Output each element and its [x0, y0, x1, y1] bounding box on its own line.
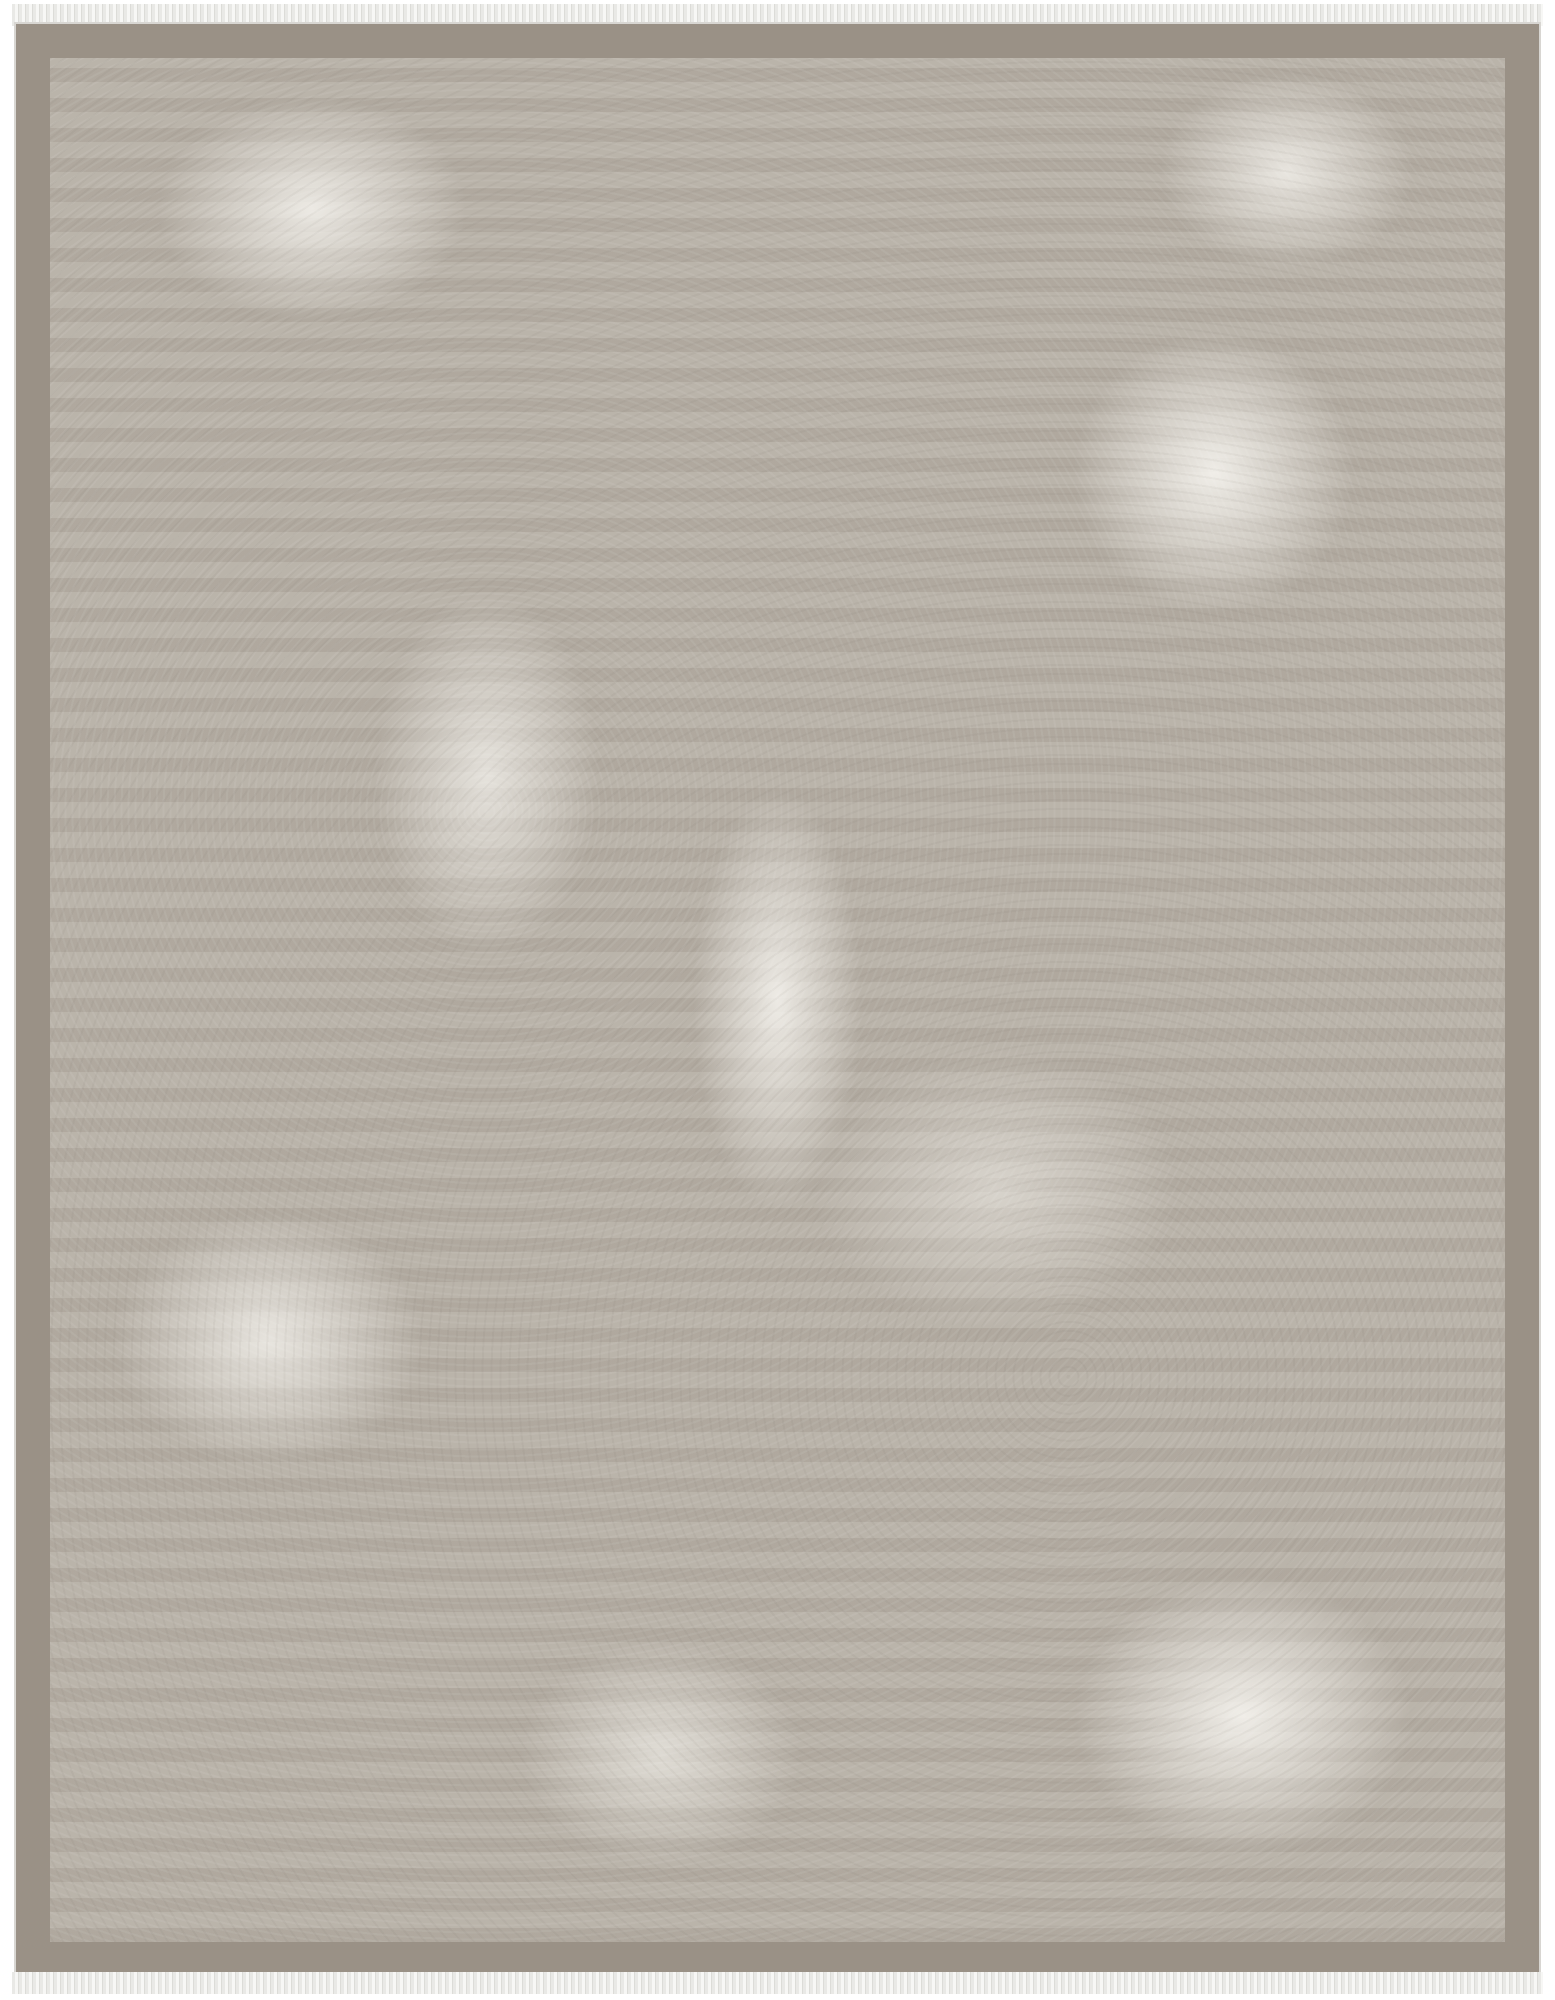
rug [14, 22, 1541, 1978]
bottom-fringe [12, 1972, 1543, 1994]
rug-texture [50, 58, 1505, 1942]
rug-field-pattern [50, 58, 1505, 1942]
